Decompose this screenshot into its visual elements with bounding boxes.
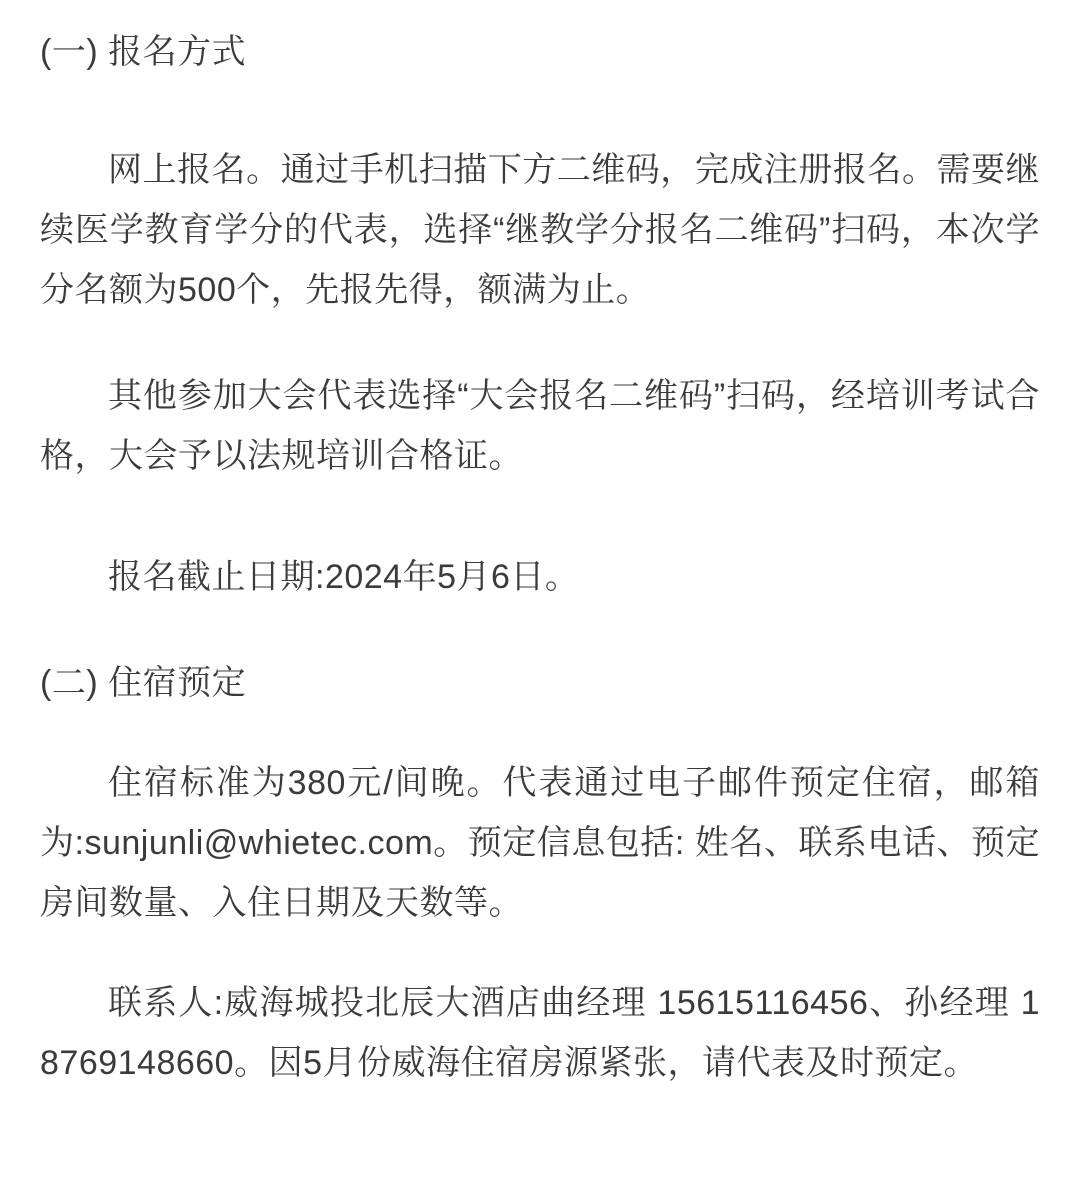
section-heading-registration: (一) 报名方式 bbox=[40, 22, 1040, 82]
section-accommodation: (二) 住宿预定 住宿标准为380元/间晚。代表通过电子邮件预定住宿，邮箱为:s… bbox=[40, 653, 1040, 1093]
paragraph-hotel-contacts: 联系人:威海城投北辰大酒店曲经理 15615116456、孙经理 1876914… bbox=[40, 973, 1040, 1093]
section-heading-accommodation: (二) 住宿预定 bbox=[40, 653, 1040, 713]
paragraph-online-registration: 网上报名。通过手机扫描下方二维码，完成注册报名。需要继续医学教育学分的代表，选择… bbox=[40, 140, 1040, 320]
paragraph-registration-deadline: 报名截止日期:2024年5月6日。 bbox=[40, 547, 1040, 607]
paragraph-other-delegates: 其他参加大会代表选择“大会报名二维码”扫码，经培训考试合格，大会予以法规培训合格… bbox=[40, 366, 1040, 486]
section-registration: (一) 报名方式 网上报名。通过手机扫描下方二维码，完成注册报名。需要继续医学教… bbox=[40, 22, 1040, 607]
notice-article: (一) 报名方式 网上报名。通过手机扫描下方二维码，完成注册报名。需要继续医学教… bbox=[0, 0, 1080, 1196]
paragraph-room-rate-email-booking: 住宿标准为380元/间晚。代表通过电子邮件预定住宿，邮箱为:sunjunli@w… bbox=[40, 753, 1040, 933]
